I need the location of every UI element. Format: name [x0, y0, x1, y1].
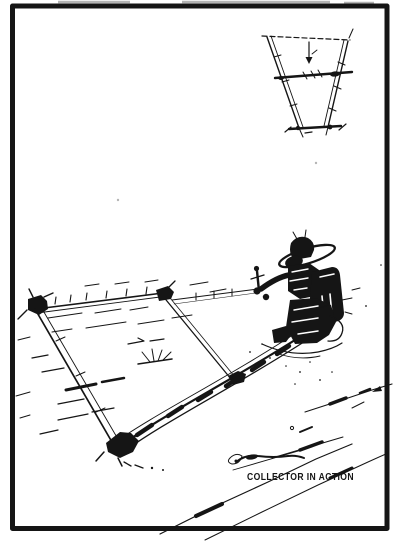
- frame-left-corner: [18, 289, 53, 319]
- hand: [253, 287, 260, 294]
- inset-right-rail: [324, 29, 353, 135]
- handle-bars: [114, 329, 310, 453]
- frame-far-rail: [36, 287, 163, 313]
- frame-bottom-corner: [96, 432, 164, 471]
- arm: [261, 275, 289, 289]
- figure: COLLECTOR IN ACTION: [0, 0, 400, 542]
- figure-border: [13, 6, 388, 529]
- inset-bottom-bar: [285, 124, 346, 133]
- collector-illustration: COLLECTOR IN ACTION: [0, 0, 400, 542]
- inset-diagram: [262, 29, 353, 137]
- scan-noise: [58, 2, 374, 3]
- astronaut-figure: [253, 230, 344, 358]
- frame-left-rail: [35, 307, 122, 449]
- legs: [286, 298, 336, 344]
- inset-top-edge: [262, 36, 350, 40]
- inset-left-rail: [267, 36, 303, 137]
- figure-caption: COLLECTOR IN ACTION: [247, 471, 354, 483]
- hand: [263, 294, 269, 300]
- weight-arrow-icon: [306, 42, 318, 64]
